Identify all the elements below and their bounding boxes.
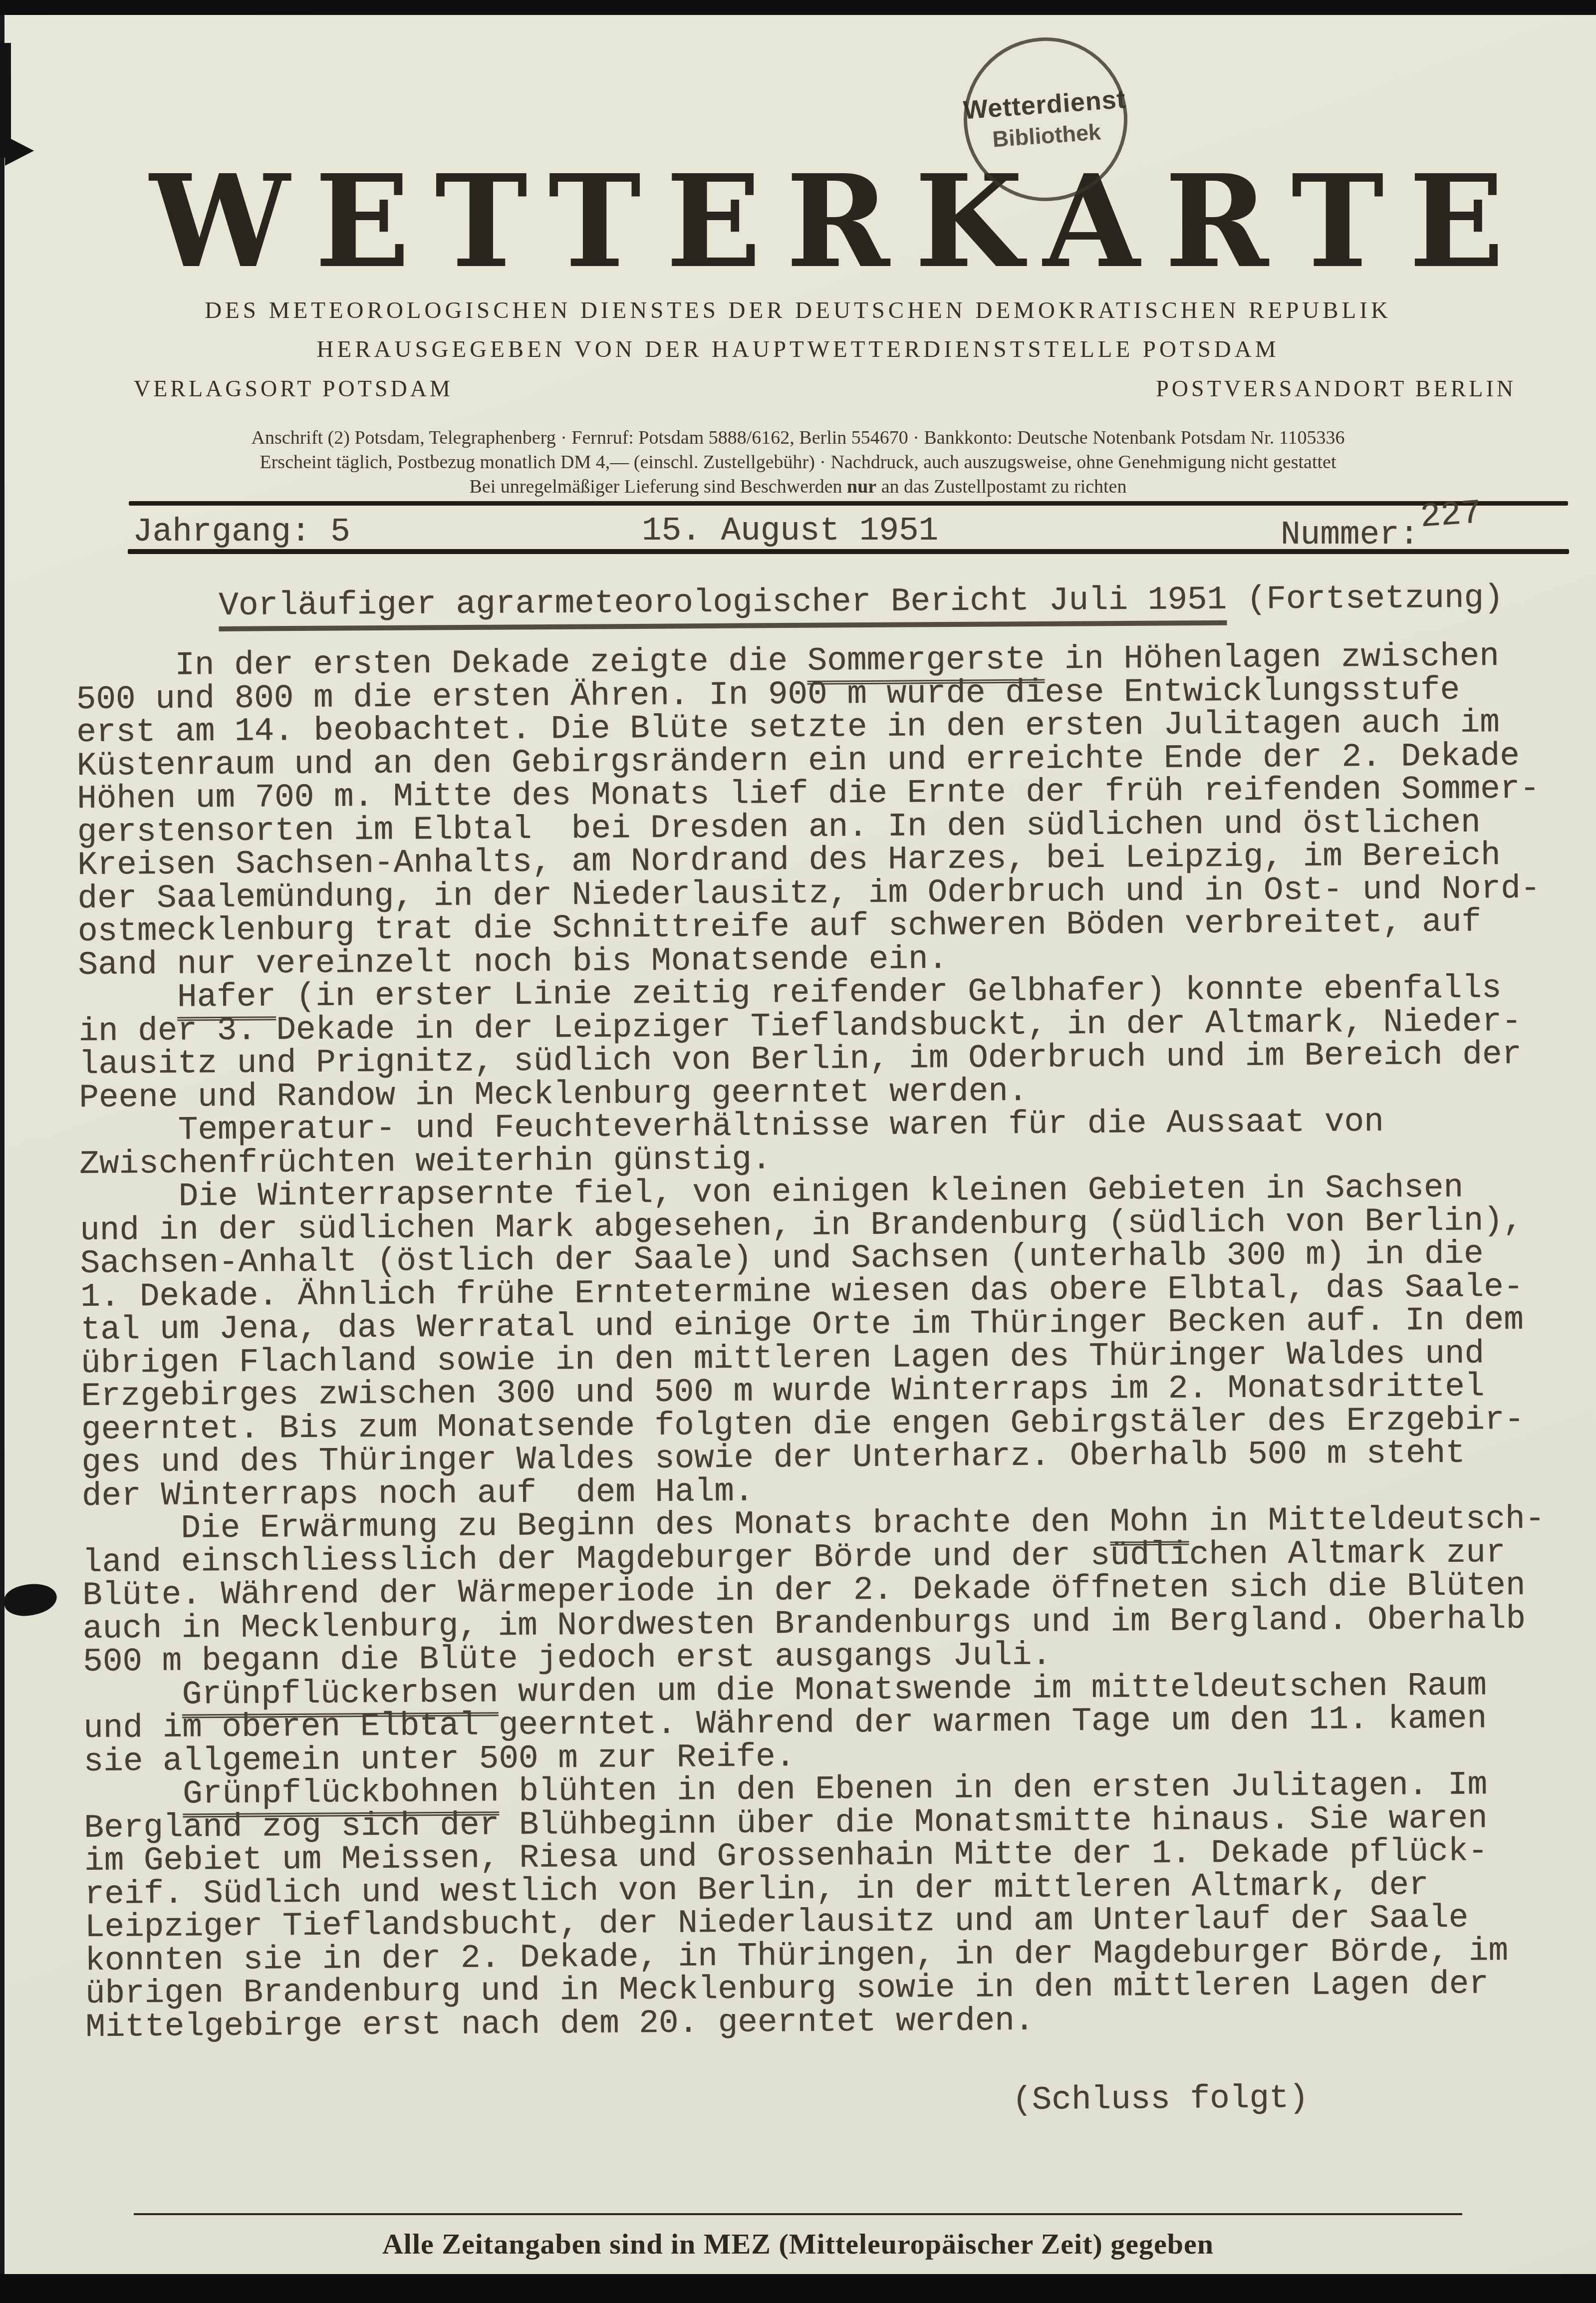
newspaper-page: Wetterdienst Bibliothek WETTERKARTE DES … <box>0 0 1596 2303</box>
masthead-rule-top <box>129 501 1568 506</box>
masthead-subtitle-1: DES METEOROLOGISCHEN DIENSTES DER DEUTSC… <box>0 297 1596 324</box>
article-heading-rest: (Fortsetzung) <box>1227 579 1504 618</box>
issue-date: 15. August 1951 <box>642 512 938 550</box>
footer-note: Alle Zeitangaben sind in MEZ (Mitteleuro… <box>0 2227 1596 2261</box>
imprint-line-1: Anschrift (2) Potsdam, Telegraphenberg ·… <box>0 426 1596 450</box>
imprint-line-3: Bei unregelmäßiger Lieferung sind Beschw… <box>0 475 1596 499</box>
stamp-line1: Wetterdienst <box>962 84 1126 126</box>
imprint-line-3-prefix: Bei unregelmäßiger Lieferung sind Beschw… <box>470 476 847 497</box>
issue-number-label: Nummer: <box>1281 516 1419 554</box>
article-heading-underlined: Vorläufiger agrarmeteorologischer Berich… <box>219 581 1227 631</box>
scan-border-top <box>0 0 1596 15</box>
article-closing: (Schluss folgt) <box>1012 2079 1309 2119</box>
masthead-subtitle-2: HERAUSGEGEBEN VON DER HAUPTWETTERDIENSTS… <box>0 336 1596 363</box>
scan-mark-arrow <box>5 136 34 166</box>
scan-mark-middle-left <box>2 1580 59 1619</box>
article-body: In der ersten Dekade zeigte die Sommerge… <box>76 639 1588 2044</box>
stamp-line2: Bibliothek <box>992 119 1102 152</box>
scan-border-bottom <box>0 2274 1596 2303</box>
imprint-line-2: Erscheint täglich, Postbezug monatlich D… <box>0 450 1596 475</box>
issue-number: 227 <box>1419 494 1482 537</box>
imprint-line-3-bold: nur <box>847 476 876 497</box>
publisher-place: VERLAGSORT POTSDAM <box>134 375 453 402</box>
mailing-place: POSTVERSANDORT BERLIN <box>1156 375 1516 402</box>
imprint-line-3-suffix: an das Zustellpostamt zu richten <box>876 476 1126 497</box>
imprint-block: Anschrift (2) Potsdam, Telegraphenberg ·… <box>0 426 1596 499</box>
masthead-title: WETTERKARTE <box>150 156 1497 286</box>
footer-rule <box>134 2213 1462 2215</box>
masthead-rule-bottom <box>128 549 1569 554</box>
article-heading: Vorläufiger agrarmeteorologischer Berich… <box>219 579 1504 624</box>
issue-volume: Jahrgang: 5 <box>133 513 350 551</box>
